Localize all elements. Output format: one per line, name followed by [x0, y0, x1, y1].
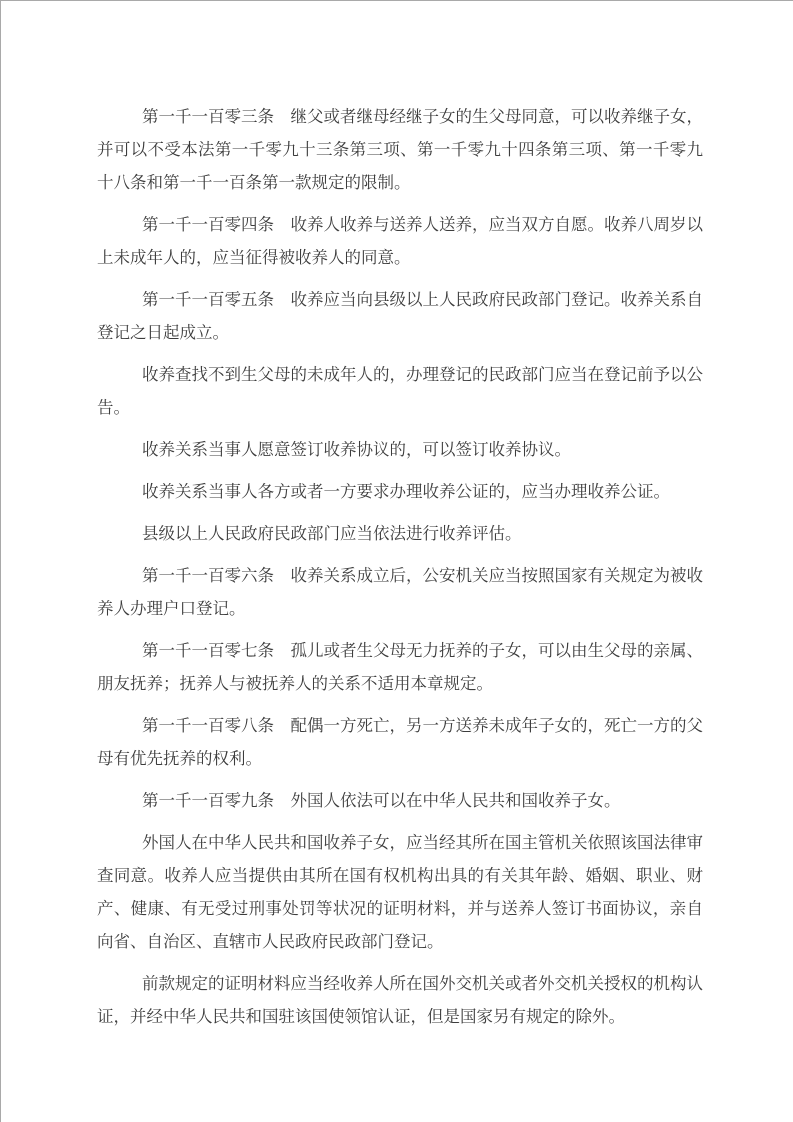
law-article-1105: 第一千一百零五条 收养应当向县级以上人民政府民政部门登记。收养关系自登记之日起成…: [97, 283, 703, 349]
law-article-1103: 第一千一百零三条 继父或者继母经继子女的生父母同意，可以收养继子女，并可以不受本…: [97, 100, 703, 199]
document-body: 第一千一百零三条 继父或者继母经继子女的生父母同意，可以收养继子女，并可以不受本…: [1, 1, 793, 1033]
law-article-1108: 第一千一百零八条 配偶一方死亡，另一方送养未成年子女的，死亡一方的父母有优先抚养…: [97, 709, 703, 775]
law-article-1104: 第一千一百零四条 收养人收养与送养人送养，应当双方自愿。收养八周岁以上未成年人的…: [97, 208, 703, 274]
law-article-1105-clause-4: 收养关系当事人各方或者一方要求办理收养公证的，应当办理收养公证。: [97, 475, 703, 508]
law-article-1106: 第一千一百零六条 收养关系成立后，公安机关应当按照国家有关规定为被收养人办理户口…: [97, 559, 703, 625]
document-page: 第一千一百零三条 继父或者继母经继子女的生父母同意，可以收养继子女，并可以不受本…: [0, 0, 793, 1122]
law-article-1109-clause-2: 外国人在中华人民共和国收养子女，应当经其所在国主管机关依照该国法律审查同意。收养…: [97, 826, 703, 958]
law-article-1105-clause-3: 收养关系当事人愿意签订收养协议的，可以签订收养协议。: [97, 433, 703, 466]
law-article-1105-clause-5: 县级以上人民政府民政部门应当依法进行收养评估。: [97, 517, 703, 550]
law-article-1109-clause-3: 前款规定的证明材料应当经收养人所在国外交机关或者外交机关授权的机构认证，并经中华…: [97, 967, 703, 1033]
law-article-1105-clause-2: 收养查找不到生父母的未成年人的，办理登记的民政部门应当在登记前予以公告。: [97, 358, 703, 424]
law-article-1107: 第一千一百零七条 孤儿或者生父母无力抚养的子女，可以由生父母的亲属、朋友抚养；抚…: [97, 634, 703, 700]
law-article-1109: 第一千一百零九条 外国人依法可以在中华人民共和国收养子女。: [97, 784, 703, 817]
